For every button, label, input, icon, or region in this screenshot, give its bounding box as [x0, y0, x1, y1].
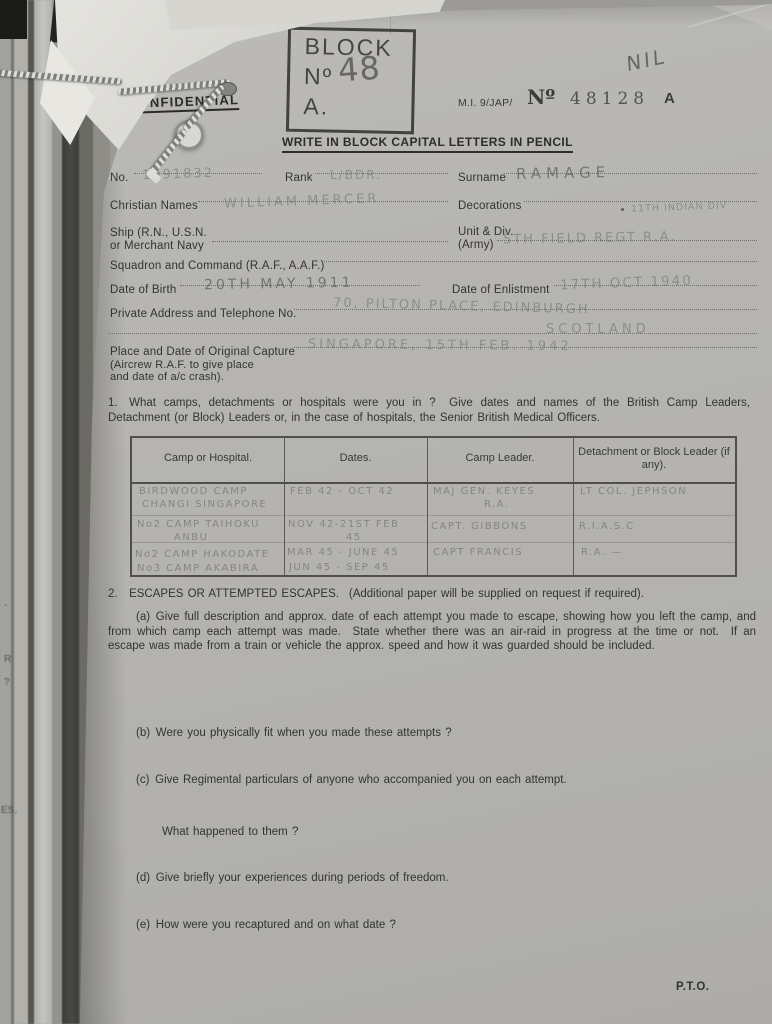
table-row-detachment: R.I.A.S.C: [579, 521, 635, 532]
question-2c-text: (c) Give Regimental particulars of anyon…: [136, 774, 567, 786]
ref-prefix: M.I. 9/JAP/: [458, 97, 513, 109]
field-label-ship-2: or Merchant Navy: [110, 240, 204, 252]
field-label-enlistment: Date of Enlistment: [452, 284, 550, 296]
table-divider: [573, 438, 574, 575]
handwritten-block-number: 48: [337, 49, 382, 90]
paper-edge-dark: [62, 0, 79, 1024]
handwritten-division-note: 11TH INDIAN DIV: [631, 200, 728, 214]
field-label-no: No.: [110, 172, 129, 184]
field-label-surname: Surname: [458, 172, 506, 184]
table-row-dates: FEB 42 - OCT 42: [290, 486, 394, 497]
table-row-leader2: R.A.: [484, 499, 510, 510]
table-row-detachment: R.A. —: [581, 547, 623, 558]
camps-table: Camp or Hospital. Dates. Camp Leader. De…: [130, 436, 737, 577]
table-header-camp: Camp or Hospital.: [132, 452, 284, 465]
table-row-leader: CAPT. GIBBONS: [431, 521, 528, 532]
table-header-dates: Dates.: [284, 452, 427, 465]
margin-text-fragment: -: [4, 600, 7, 611]
ref-no-symbol: Nº: [527, 85, 555, 109]
form-page: CONFIDENTIAL BLOCK Nº A. 48 M.I. 9/JAP/ …: [0, 0, 772, 1024]
handwritten-enlistment: 17TH OCT 1940: [560, 273, 693, 294]
field-label-decorations: Decorations: [458, 200, 522, 212]
field-label-squadron: Squadron and Command (R.A.F., A.A.F.): [110, 260, 325, 272]
handwritten-christian-names: WILLIAM MERCER: [224, 191, 380, 211]
handwritten-unit: 5TH FIELD REGT R.A.: [503, 229, 677, 247]
question-2a-text: (a) Give full description and approx. da…: [108, 610, 756, 654]
table-row-camp2: CHANGI SINGAPORE: [142, 499, 267, 510]
table-row-leader: CAPT FRANCIS: [433, 547, 523, 558]
field-line-address-2: [108, 332, 757, 334]
field-label-capture-sub2: and date of a/c crash).: [110, 371, 224, 383]
table-row-camp: No3 CAMP AKABIRA: [137, 563, 259, 574]
table-row-dates: MAR 45 - JUNE 45: [287, 547, 399, 558]
handwritten-dob: 20TH MAY 1911: [204, 275, 354, 294]
pencil-dot: [621, 208, 624, 211]
question-2e-text: (e) How were you recaptured and on what …: [136, 919, 396, 931]
scanned-pow-form: - R ? ES, CONFIDENTIAL BLOCK Nº A. 48 M.…: [0, 0, 772, 1024]
block-stamp-letter: A.: [303, 93, 329, 121]
question-1-text: 1. What camps, detachments or hospitals …: [108, 396, 750, 425]
pto-label: P.T.O.: [676, 981, 709, 993]
table-row-detachment: LT COL. JEPHSON: [580, 486, 687, 497]
question-2b-text: (b) Were you physically fit when you mad…: [136, 727, 452, 739]
question-2-heading: 2. ESCAPES OR ATTEMPTED ESCAPES. (Additi…: [108, 588, 644, 600]
handwritten-address-2: SCOTLAND: [546, 322, 650, 337]
table-row-line: [132, 515, 735, 516]
field-label-address: Private Address and Telephone No.: [110, 308, 297, 320]
dark-backing-paper: [0, 0, 27, 39]
table-row-dates: JUN 45 - SEP 45: [289, 562, 390, 573]
field-label-rank: Rank: [285, 172, 313, 184]
paper-edge: [52, 0, 62, 1024]
question-2d-text: (d) Give briefly your experiences during…: [136, 872, 449, 884]
margin-text-fragment: R: [4, 654, 11, 665]
table-row-camp: BIRDWOOD CAMP: [139, 486, 248, 497]
field-label-dob: Date of Birth: [110, 284, 177, 296]
field-label-christian-names: Christian Names: [110, 200, 198, 212]
margin-text-fragment: ES,: [1, 805, 17, 816]
block-stamp-no: Nº: [304, 63, 334, 91]
paper-edge: [0, 0, 11, 1024]
table-row-camp: No2 CAMP TAIHOKU: [137, 519, 260, 530]
field-label-capture-sub1: (Aircrew R.A.F. to give place: [110, 359, 254, 371]
paper-edge: [14, 0, 28, 1024]
handwritten-address-1: 70, PILTON PLACE, EDINBURGH: [333, 296, 590, 318]
table-header-line: [132, 482, 735, 484]
question-2c-followup: What happened to them ?: [162, 826, 298, 838]
table-row-camp2: ANBU: [174, 532, 209, 543]
handwritten-surname: RAMAGE: [516, 163, 610, 183]
table-row-dates2: 45: [346, 532, 362, 543]
ref-number-stamp: 48128: [570, 89, 649, 109]
table-row-dates: NOV 42-21ST FEB: [288, 519, 399, 530]
field-label-unit-2: (Army): [458, 239, 494, 251]
margin-text-fragment: ?: [4, 677, 10, 688]
table-row-leader: MAJ GEN. KEYES: [433, 486, 535, 497]
table-header-leader: Camp Leader.: [427, 452, 573, 465]
field-label-ship-1: Ship (R.N., U.S.N.: [110, 227, 207, 239]
table-row-camp: No2 CAMP HAKODATE: [135, 549, 270, 560]
field-line-ship: [212, 240, 448, 242]
handwritten-capture: SINGAPORE, 15TH FEB. 1942: [308, 337, 572, 354]
ref-suffix: A: [664, 90, 675, 107]
table-header-detachment: Detachment or Block Leader (if any).: [578, 446, 730, 472]
table-row-line: [132, 542, 735, 543]
handwritten-nil: NIL: [626, 44, 668, 77]
instruction-heading: WRITE IN BLOCK CAPITAL LETTERS IN PENCIL: [282, 135, 573, 153]
paper-edge: [34, 0, 52, 1024]
field-label-capture: Place and Date of Original Capture: [110, 346, 295, 358]
field-line-squadron: [322, 260, 757, 262]
handwritten-rank: L/BDR.: [330, 168, 382, 182]
